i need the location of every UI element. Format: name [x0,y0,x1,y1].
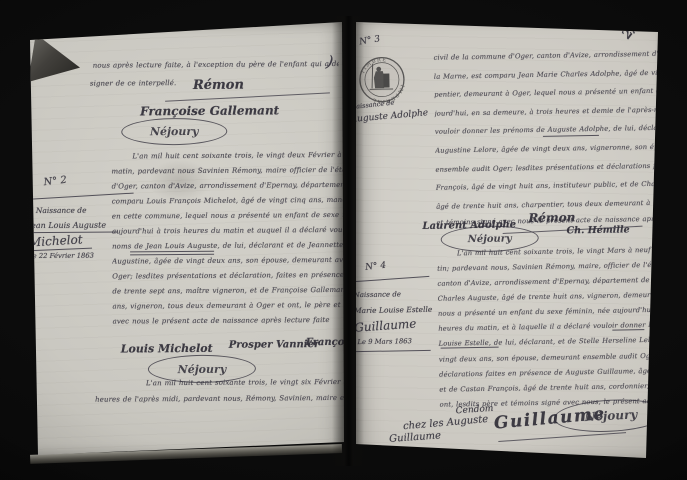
margin-act-number: N° 4 [365,261,387,273]
margin-underline [355,350,431,353]
act-line: de trente sept ans, maître vigneron, et … [112,286,344,296]
act-line: François, âgé de vingt huit ans, institu… [436,180,660,192]
margin-label: Naissance de [350,99,395,112]
name-underline [543,135,599,137]
register-book-scan: nous après lecture faite, à l'exception … [0,0,687,480]
act-line: tin; pardevant nous, Savinien Rémony, ma… [437,261,661,273]
act-line: la Marne, est comparu Jean Marie Charles… [434,69,658,81]
next-act-line: heures de l'après midi, pardevant nous, … [95,394,345,404]
bottom-note-line: Guillaume [389,430,441,445]
act-line: jourd'hui, en sa demeure, à trois heures… [434,106,658,118]
signature-flourish-line [498,432,626,442]
act-line: avec nous le présent acte de naissance a… [113,316,345,326]
margin-date: Le 9 Mars 1863 [357,337,412,346]
prev-act-line: nous après lecture faite, à l'exception … [93,60,339,70]
margin-child-name: Marie Louise Estelle [354,305,436,315]
act-line: civil de la commune d'Oger, canton d'Avi… [433,50,657,62]
act-line: Augustine, âgée de vingt deux ans, son é… [112,256,344,266]
act-line: d'Oger, canton d'Avize, arrondissement d… [112,181,344,191]
name-underline [612,329,644,331]
act-line: canton d'Avize, arrondissement d'Epernay… [437,276,661,288]
witness-signature: Ch. Hémille [567,224,630,236]
name-underline [130,253,214,255]
act-line: en cette commune, lequel nous a présenté… [112,211,344,221]
margin-act-number: N° 2 [43,175,67,189]
act-line: ensemble audit Oger; lesdites présentati… [435,162,659,174]
act-line: matin, pardevant nous Savinien Rémony, m… [111,166,343,176]
act-line: pentier, demeurant à Oger, lequel nous a… [434,87,658,99]
mayor-signature-flourish: Rémon [528,210,575,225]
witness-signature: Françoise Gallemant [140,103,279,118]
act-line: ans, vigneron, tous deux demeurant à Oge… [112,301,344,311]
margin-act-number: N° 3 [359,34,381,47]
act-line: Oger; lesdites présentations et déclarat… [112,271,344,281]
mayor-signature-flourish: Rémon [193,78,244,93]
act-line: Charles Auguste, âgé de trente huit ans,… [438,291,662,303]
next-act-line: L'an mil huit cent soixante trois, le vi… [146,378,345,387]
act-line: noms de Jean Louis Auguste, de lui, décl… [112,241,344,251]
margin-flourish-line [355,276,429,283]
folio-number: 2/17 [619,7,650,41]
margin-date: Le 22 Février 1863 [28,252,94,260]
act-line: déclarations faites en présence de Augus… [439,367,663,379]
margin-child-name: Jean Louis Auguste [28,221,106,231]
act-line: aujourd'hui à trois heures du matin et a… [112,226,344,236]
mayor-paraph-oval: Néjoury [121,118,227,146]
father-signature: Louis Michelot [121,342,213,356]
margin-child-name: Auguste Adolphe [350,108,428,125]
act-line: et de Castan François, âgé de trente hui… [439,382,663,394]
act-line: L'an mil huit cent soixante trois, le vi… [132,151,343,160]
act-line: Louise Estelle, de lui, déclarant, et de… [438,336,662,348]
left-page: nous après lecture faite, à l'exception … [28,20,346,458]
timbre-imperial-stamp-icon: TIMBRE IMPÉRIAL [358,55,407,104]
margin-surname: Michelot [29,232,83,249]
act-line: vingt deux ans, son épouse, demeurant en… [439,352,663,364]
bottom-note-line: chez les Auguste [403,414,489,432]
margin-label: Naissance de [36,206,87,215]
act-line: âgé de trente huit ans, charpentier, tou… [436,199,660,211]
act-line: heures du matin, et à laquelle il a décl… [438,321,662,333]
right-page-text: 2/17 N° 3 TIMBRE IMPÉRIAL [349,15,669,468]
signature-flourish-line [165,92,330,101]
margin-surname: Guillaume [354,316,417,334]
act-line: nous a présenté un enfant du sexe fémini… [438,306,662,318]
act-line: comparu Louis François Michelot, âgé de … [112,196,344,206]
act-line: Augustine Lelore, âgée de vingt deux ans… [435,143,659,155]
right-page: 2/17 N° 3 TIMBRE IMPÉRIAL [352,18,664,466]
name-underline [441,347,499,349]
act-line: vouloir donner les prénoms de Auguste Ad… [435,124,659,136]
margin-label: Naissance de [354,290,401,299]
left-page-text: nous après lecture faite, à l'exception … [26,19,347,459]
